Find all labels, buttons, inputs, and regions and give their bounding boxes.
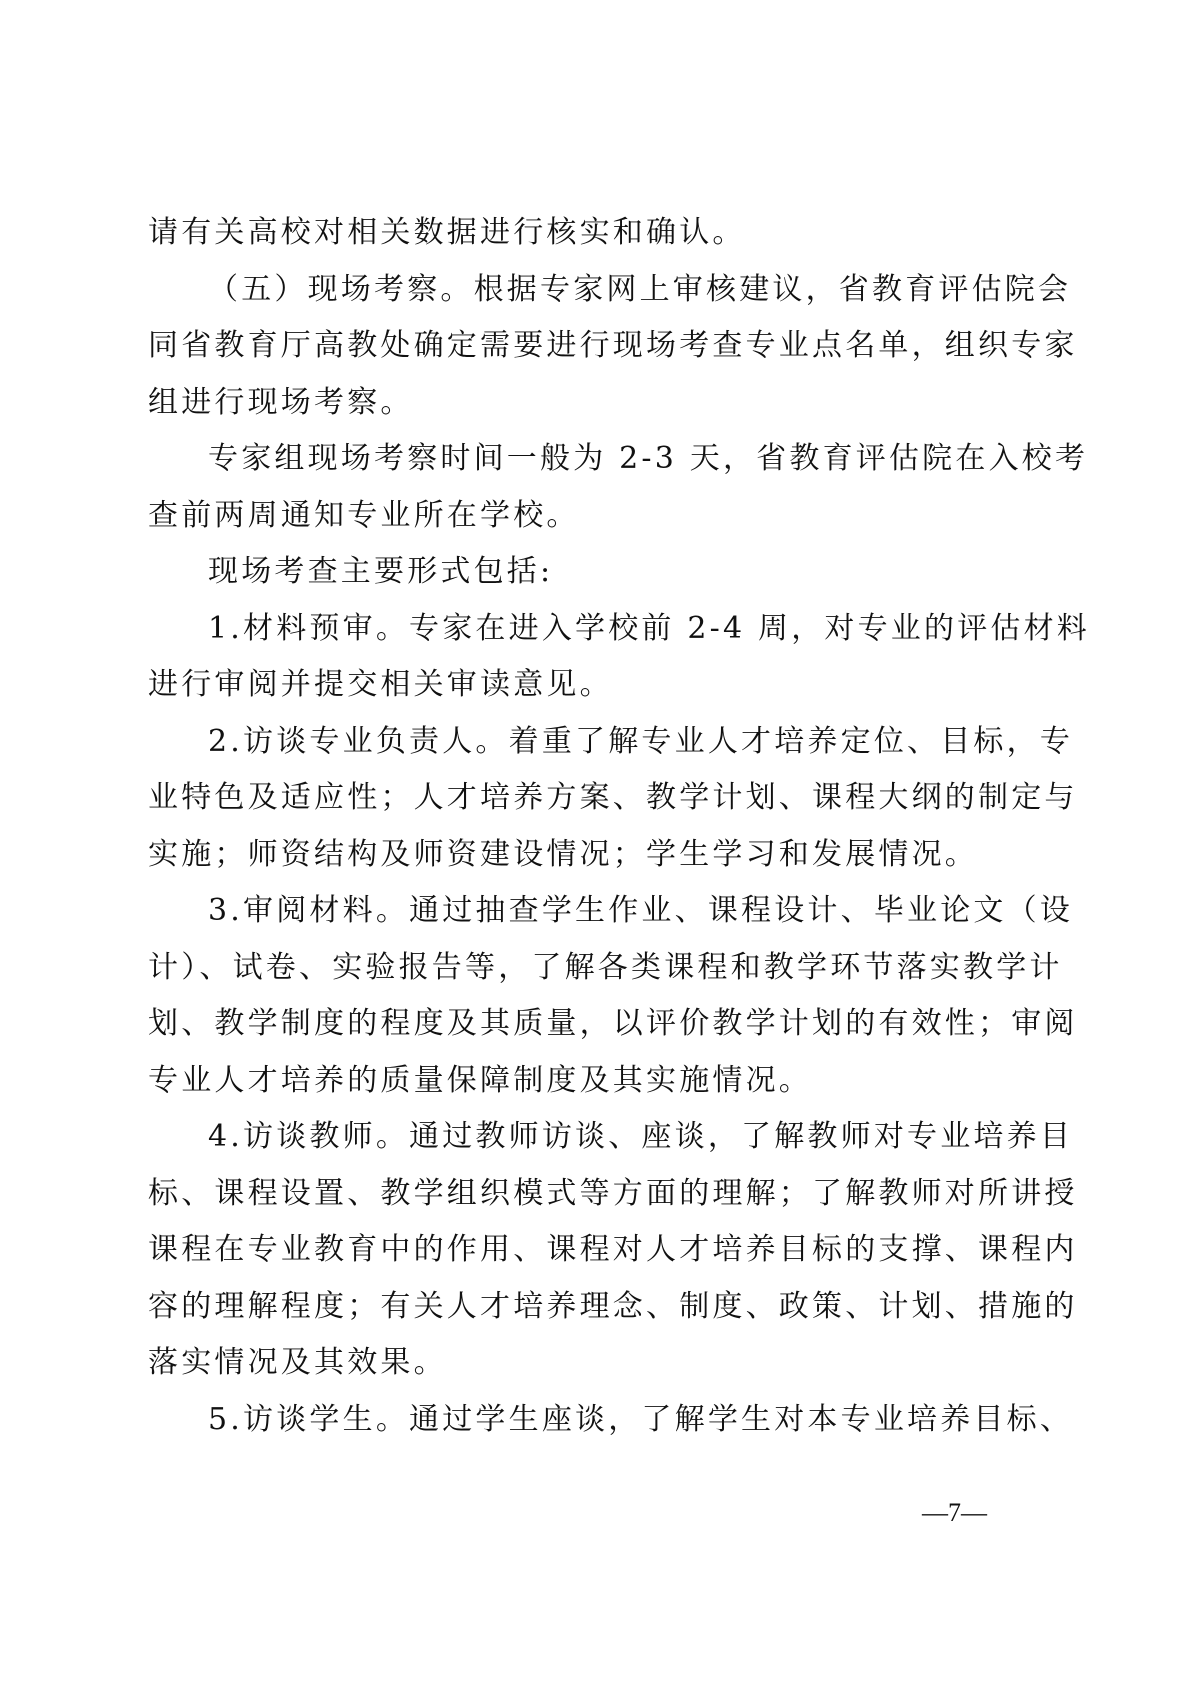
text-line: 落实情况及其效果。 — [148, 1335, 1028, 1392]
text-line: 容的理解程度；有关人才培养理念、制度、政策、计划、措施的 — [148, 1279, 1028, 1336]
text-line: 业特色及适应性；人才培养方案、教学计划、课程大纲的制定与 — [148, 770, 1028, 827]
text-line: 同省教育厅高教处确定需要进行现场考查专业点名单，组织专家 — [148, 318, 1028, 375]
list-item-4-line: 4.访谈教师。通过教师访谈、座谈，了解教师对专业培养目 — [148, 1109, 1028, 1166]
text-line: 专业人才培养的质量保障制度及其实施情况。 — [148, 1053, 1028, 1110]
list-item-3-line: 3.审阅材料。通过抽查学生作业、课程设计、毕业论文（设 — [148, 883, 1028, 940]
list-item-1-line: 1.材料预审。专家在进入学校前 2-4 周，对专业的评估材料 — [148, 601, 1028, 658]
text-line: 划、教学制度的程度及其质量，以评价教学计划的有效性；审阅 — [148, 996, 1028, 1053]
document-body: 请有关高校对相关数据进行核实和确认。 （五）现场考察。根据专家网上审核建议，省教… — [148, 205, 1028, 1448]
text-line: 实施；师资结构及师资建设情况；学生学习和发展情况。 — [148, 827, 1028, 884]
paragraph-start-line: 专家组现场考察时间一般为 2-3 天，省教育评估院在入校考 — [148, 431, 1028, 488]
text-line: 标、课程设置、教学组织模式等方面的理解；了解教师对所讲授 — [148, 1166, 1028, 1223]
list-item-2-line: 2.访谈专业负责人。着重了解专业人才培养定位、目标，专 — [148, 714, 1028, 771]
text-line: 计）、试卷、实验报告等，了解各类课程和教学环节落实教学计 — [148, 940, 1028, 997]
page-number: —7— — [922, 1498, 987, 1528]
text-line: 查前两周通知专业所在学校。 — [148, 488, 1028, 545]
paragraph-start-line: 现场考查主要形式包括: — [148, 544, 1028, 601]
text-line: 进行审阅并提交相关审读意见。 — [148, 657, 1028, 714]
text-line: 组进行现场考察。 — [148, 375, 1028, 432]
section-heading-line: （五）现场考察。根据专家网上审核建议，省教育评估院会 — [148, 262, 1028, 319]
text-line: 请有关高校对相关数据进行核实和确认。 — [148, 205, 1028, 262]
list-item-5-line: 5.访谈学生。通过学生座谈，了解学生对本专业培养目标、 — [148, 1392, 1028, 1449]
text-line: 课程在专业教育中的作用、课程对人才培养目标的支撑、课程内 — [148, 1222, 1028, 1279]
